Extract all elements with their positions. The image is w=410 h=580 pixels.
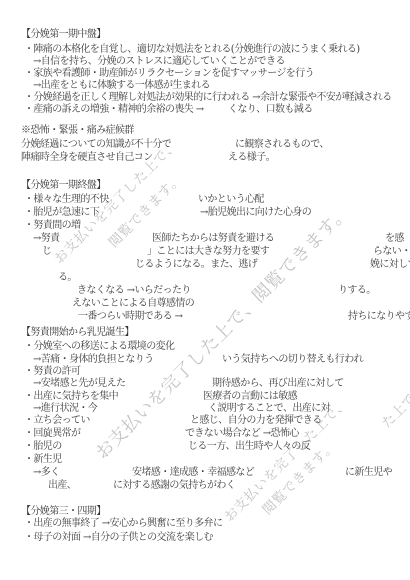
section-heading: 【努責開始から乳児誕生】: [0, 323, 410, 336]
text-line: ・胎児のじる一方、出生時や人々の反: [0, 437, 410, 450]
text-line: →努責医師たちからは努責を避けるを感: [0, 229, 410, 242]
text-line: ・新生児: [0, 450, 410, 463]
text-segment: 一番つらい時期である →: [78, 307, 182, 322]
text-line: 陣痛時全身を硬直させ自己コンえる様子。: [0, 148, 410, 161]
text-segment: 持ちになりやすい: [348, 307, 410, 322]
text-line: ・様々な生理的不快いかという心配: [0, 190, 410, 203]
text-line: る。: [0, 268, 410, 281]
text-line: えないことによる自尊感情の: [0, 294, 410, 307]
text-segment: ※恐怖・緊張・痛み症候群: [21, 121, 134, 136]
text-line: 出産、に対する感謝の気持ちがわく: [0, 476, 410, 489]
text-segment: ・母子の対面 →自分の子供との交流を楽しむ: [24, 528, 213, 543]
text-line: じるようになる。また、逃げ娩に対して: [0, 255, 410, 268]
section-heading: 【分娩第一期終盤】: [0, 176, 410, 189]
text-line: ・努責間の増: [0, 216, 410, 229]
text-segment: に対する感謝の気持ちがわく: [113, 476, 235, 491]
text-line: →安堵感と先が見えた期待感から、再び出産に対して: [0, 374, 410, 387]
text-segment: 【分娩第一期終盤】: [21, 176, 106, 191]
text-line: きなくなる →いらだったりりする。: [0, 281, 410, 294]
text-segment: ・出産の無事終了 →安心から興奮に至り多弁に: [24, 514, 222, 529]
document-page: 【分娩第一期中盤】・陣痛の本格化を自覚し、適切な対処法をとれる(分娩進行の波にう…: [0, 0, 410, 580]
text-line: ・立ち会っていと感じ、自分の力を発揮できる: [0, 411, 410, 424]
text-line: →多く安堵感・達成感・幸福感などに新生児や: [0, 463, 410, 476]
text-segment: 陣痛時全身を硬直させ自己コン: [21, 148, 153, 163]
section-heading: 【分娩第一期中盤】: [0, 25, 410, 38]
text-line: ・胎児が急速に下→胎児娩出に向けた心身の: [0, 203, 410, 216]
text-segment: 【努責開始から乳児誕生】: [21, 323, 134, 338]
section-heading: ※恐怖・緊張・痛み症候群: [0, 121, 410, 134]
text-segment: ・産痛の訴えの増強・精神的余裕の喪失 →: [24, 100, 204, 115]
text-segment: える様子。: [228, 148, 275, 163]
text-line: ・分娩室への移送による環境の変化: [0, 337, 410, 350]
text-line: ・母子の対面 →自分の子供との交流を楽しむ: [0, 528, 410, 541]
text-line: 一番つらい時期である →持ちになりやすい: [0, 307, 410, 320]
text-line: 分娩経過についての知識が不十分でに観察されるもので、: [0, 135, 410, 148]
text-line: ・回旋異常ができない場合など →恐怖心: [0, 424, 410, 437]
text-segment: くなり、口数も減る: [228, 100, 313, 115]
text-line: ・産痛の訴えの増強・精神的余裕の喪失 →くなり、口数も減る: [0, 100, 410, 113]
text-line: ・出産の無事終了 →安心から興奮に至り多弁に: [0, 514, 410, 527]
text-segment: 出産、: [48, 476, 76, 491]
text-segment: 【分娩第一期中盤】: [21, 25, 106, 40]
text-line: じ」ことには大きな努力を要すらない・: [0, 242, 410, 255]
